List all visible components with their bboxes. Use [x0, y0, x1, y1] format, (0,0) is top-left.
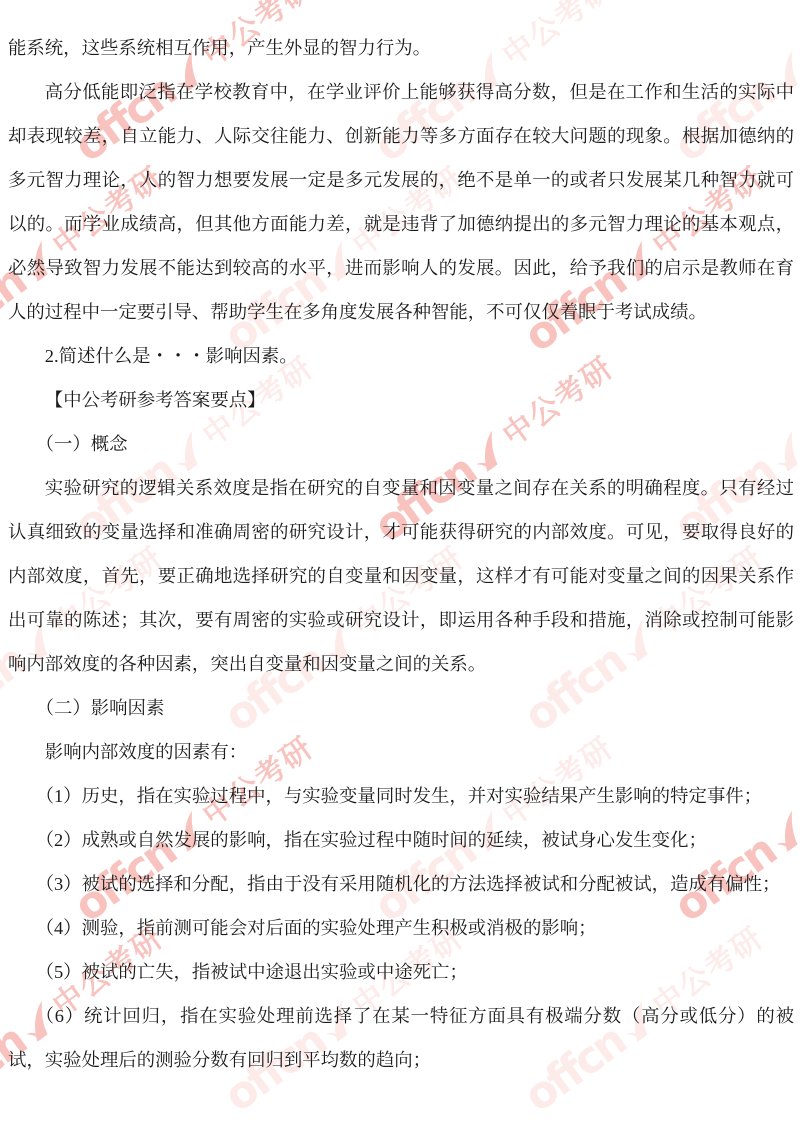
paragraph: 影响内部效度的因素有： [8, 730, 794, 774]
paragraph: 能系统，这些系统相互作用，产生外显的智力行为。 [8, 26, 794, 70]
paragraph: （3）被试的选择和分配，指由于没有采用随机化的方法选择被试和分配被试，造成有偏性… [8, 862, 794, 906]
document-page: offcn中公考研offcn中公考研offcn中公考研offcn中公考研offc… [0, 0, 800, 1131]
paragraph: 高分低能即泛指在学校教育中，在学业评价上能够获得高分数，但是在工作和生活的实际中… [8, 70, 794, 334]
paragraph: （1）历史，指在实验过程中，与实验变量同时发生，并对实验结果产生影响的特定事件； [8, 774, 794, 818]
paragraph: （5）被试的亡失，指被试中途退出实验或中途死亡； [8, 950, 794, 994]
paragraph: （6）统计回归，指在实验处理前选择了在某一特征方面具有极端分数（高分或低分）的被… [8, 994, 794, 1082]
document-content: 能系统，这些系统相互作用，产生外显的智力行为。高分低能即泛指在学校教育中，在学业… [0, 0, 800, 1131]
paragraph: （4）测验，指前测可能会对后面的实验处理产生积极或消极的影响； [8, 906, 794, 950]
paragraph: 实验研究的逻辑关系效度是指在研究的自变量和因变量之间存在关系的明确程度。只有经过… [8, 466, 794, 686]
paragraph: （二）影响因素 [8, 686, 794, 730]
paragraph: 2.简述什么是・・・影响因素。 [8, 334, 794, 378]
paragraph: （2）成熟或自然发展的影响，指在实验过程中随时间的延续，被试身心发生变化； [8, 818, 794, 862]
paragraph: （一）概念 [8, 422, 794, 466]
paragraph: 【中公考研参考答案要点】 [8, 378, 794, 422]
